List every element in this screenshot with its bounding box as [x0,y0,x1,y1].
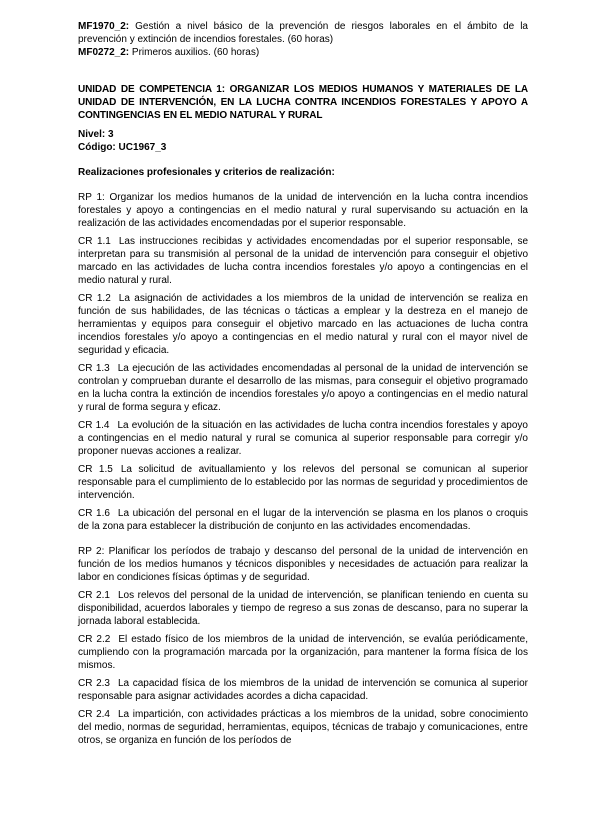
criterion-paragraph: CR 2.2El estado físico de los miembros d… [78,633,528,672]
criterion-paragraph: CR 1.6La ubicación del personal en el lu… [78,507,528,533]
unit-competency-heading: UNIDAD DE COMPETENCIA 1: ORGANIZAR LOS M… [78,83,528,122]
module-text: Primeros auxilios. (60 horas) [132,47,259,58]
unit-meta: Nivel: 3 Código: UC1967_3 [78,128,528,154]
criterion-id: CR 1.3 [78,363,110,374]
level-label: Nivel: 3 [78,128,528,141]
criterion-id: CR 1.1 [78,236,111,247]
module-code: MF0272_2: [78,47,129,58]
criterion-text: La capacidad física de los miembros de l… [78,678,528,702]
criterion-text: Los relevos del personal de la unidad de… [78,590,528,627]
criterion-id: CR 1.2 [78,293,111,304]
criterion-paragraph: CR 2.1Los relevos del personal de la uni… [78,589,528,628]
criterion-id: CR 1.6 [78,508,110,519]
module-line: MF1970_2: Gestión a nivel básico de la p… [78,20,528,46]
criterion-text: La ubicación del personal en el lugar de… [78,508,528,532]
rp-paragraph: RP 1: Organizar los medios humanos de la… [78,191,528,230]
module-text: Gestión a nivel básico de la prevención … [78,21,528,45]
criterion-id: CR 1.4 [78,420,110,431]
criterion-text: La asignación de actividades a los miemb… [78,293,528,356]
criterion-id: CR 2.1 [78,590,110,601]
criterion-paragraph: CR 1.3La ejecución de las actividades en… [78,362,528,414]
criterion-id: CR 2.4 [78,709,110,720]
criterion-paragraph: CR 2.4La impartición, con actividades pr… [78,708,528,747]
module-code: MF1970_2: [78,21,129,32]
criterion-text: Las instrucciones recibidas y actividade… [78,236,528,286]
criterion-text: La evolución de la situación en las acti… [78,420,528,457]
section-heading: Realizaciones profesionales y criterios … [78,166,528,179]
criterion-paragraph: CR 1.4La evolución de la situación en la… [78,419,528,458]
rp-paragraph: RP 2: Planificar los períodos de trabajo… [78,545,528,584]
code-label: Código: UC1967_3 [78,141,528,154]
criterion-text: La impartición, con actividades práctica… [78,709,528,746]
criterion-paragraph: CR 2.3La capacidad física de los miembro… [78,677,528,703]
criterion-text: La ejecución de las actividades encomend… [78,363,528,413]
criterion-id: CR 2.3 [78,678,110,689]
document-content: MF1970_2: Gestión a nivel básico de la p… [78,20,528,747]
criterion-text: La solicitud de avituallamiento y los re… [78,464,528,501]
module-list: MF1970_2: Gestión a nivel básico de la p… [78,20,528,59]
criterion-id: CR 2.2 [78,634,110,645]
criterion-id: CR 1.5 [78,464,113,475]
criterion-paragraph: CR 1.1Las instrucciones recibidas y acti… [78,235,528,287]
document-page: MF1970_2: Gestión a nivel básico de la p… [0,0,600,816]
module-line: MF0272_2: Primeros auxilios. (60 horas) [78,46,528,59]
criterion-paragraph: CR 1.5La solicitud de avituallamiento y … [78,463,528,502]
criterion-text: El estado físico de los miembros de la u… [78,634,528,671]
criterion-paragraph: CR 1.2La asignación de actividades a los… [78,292,528,357]
